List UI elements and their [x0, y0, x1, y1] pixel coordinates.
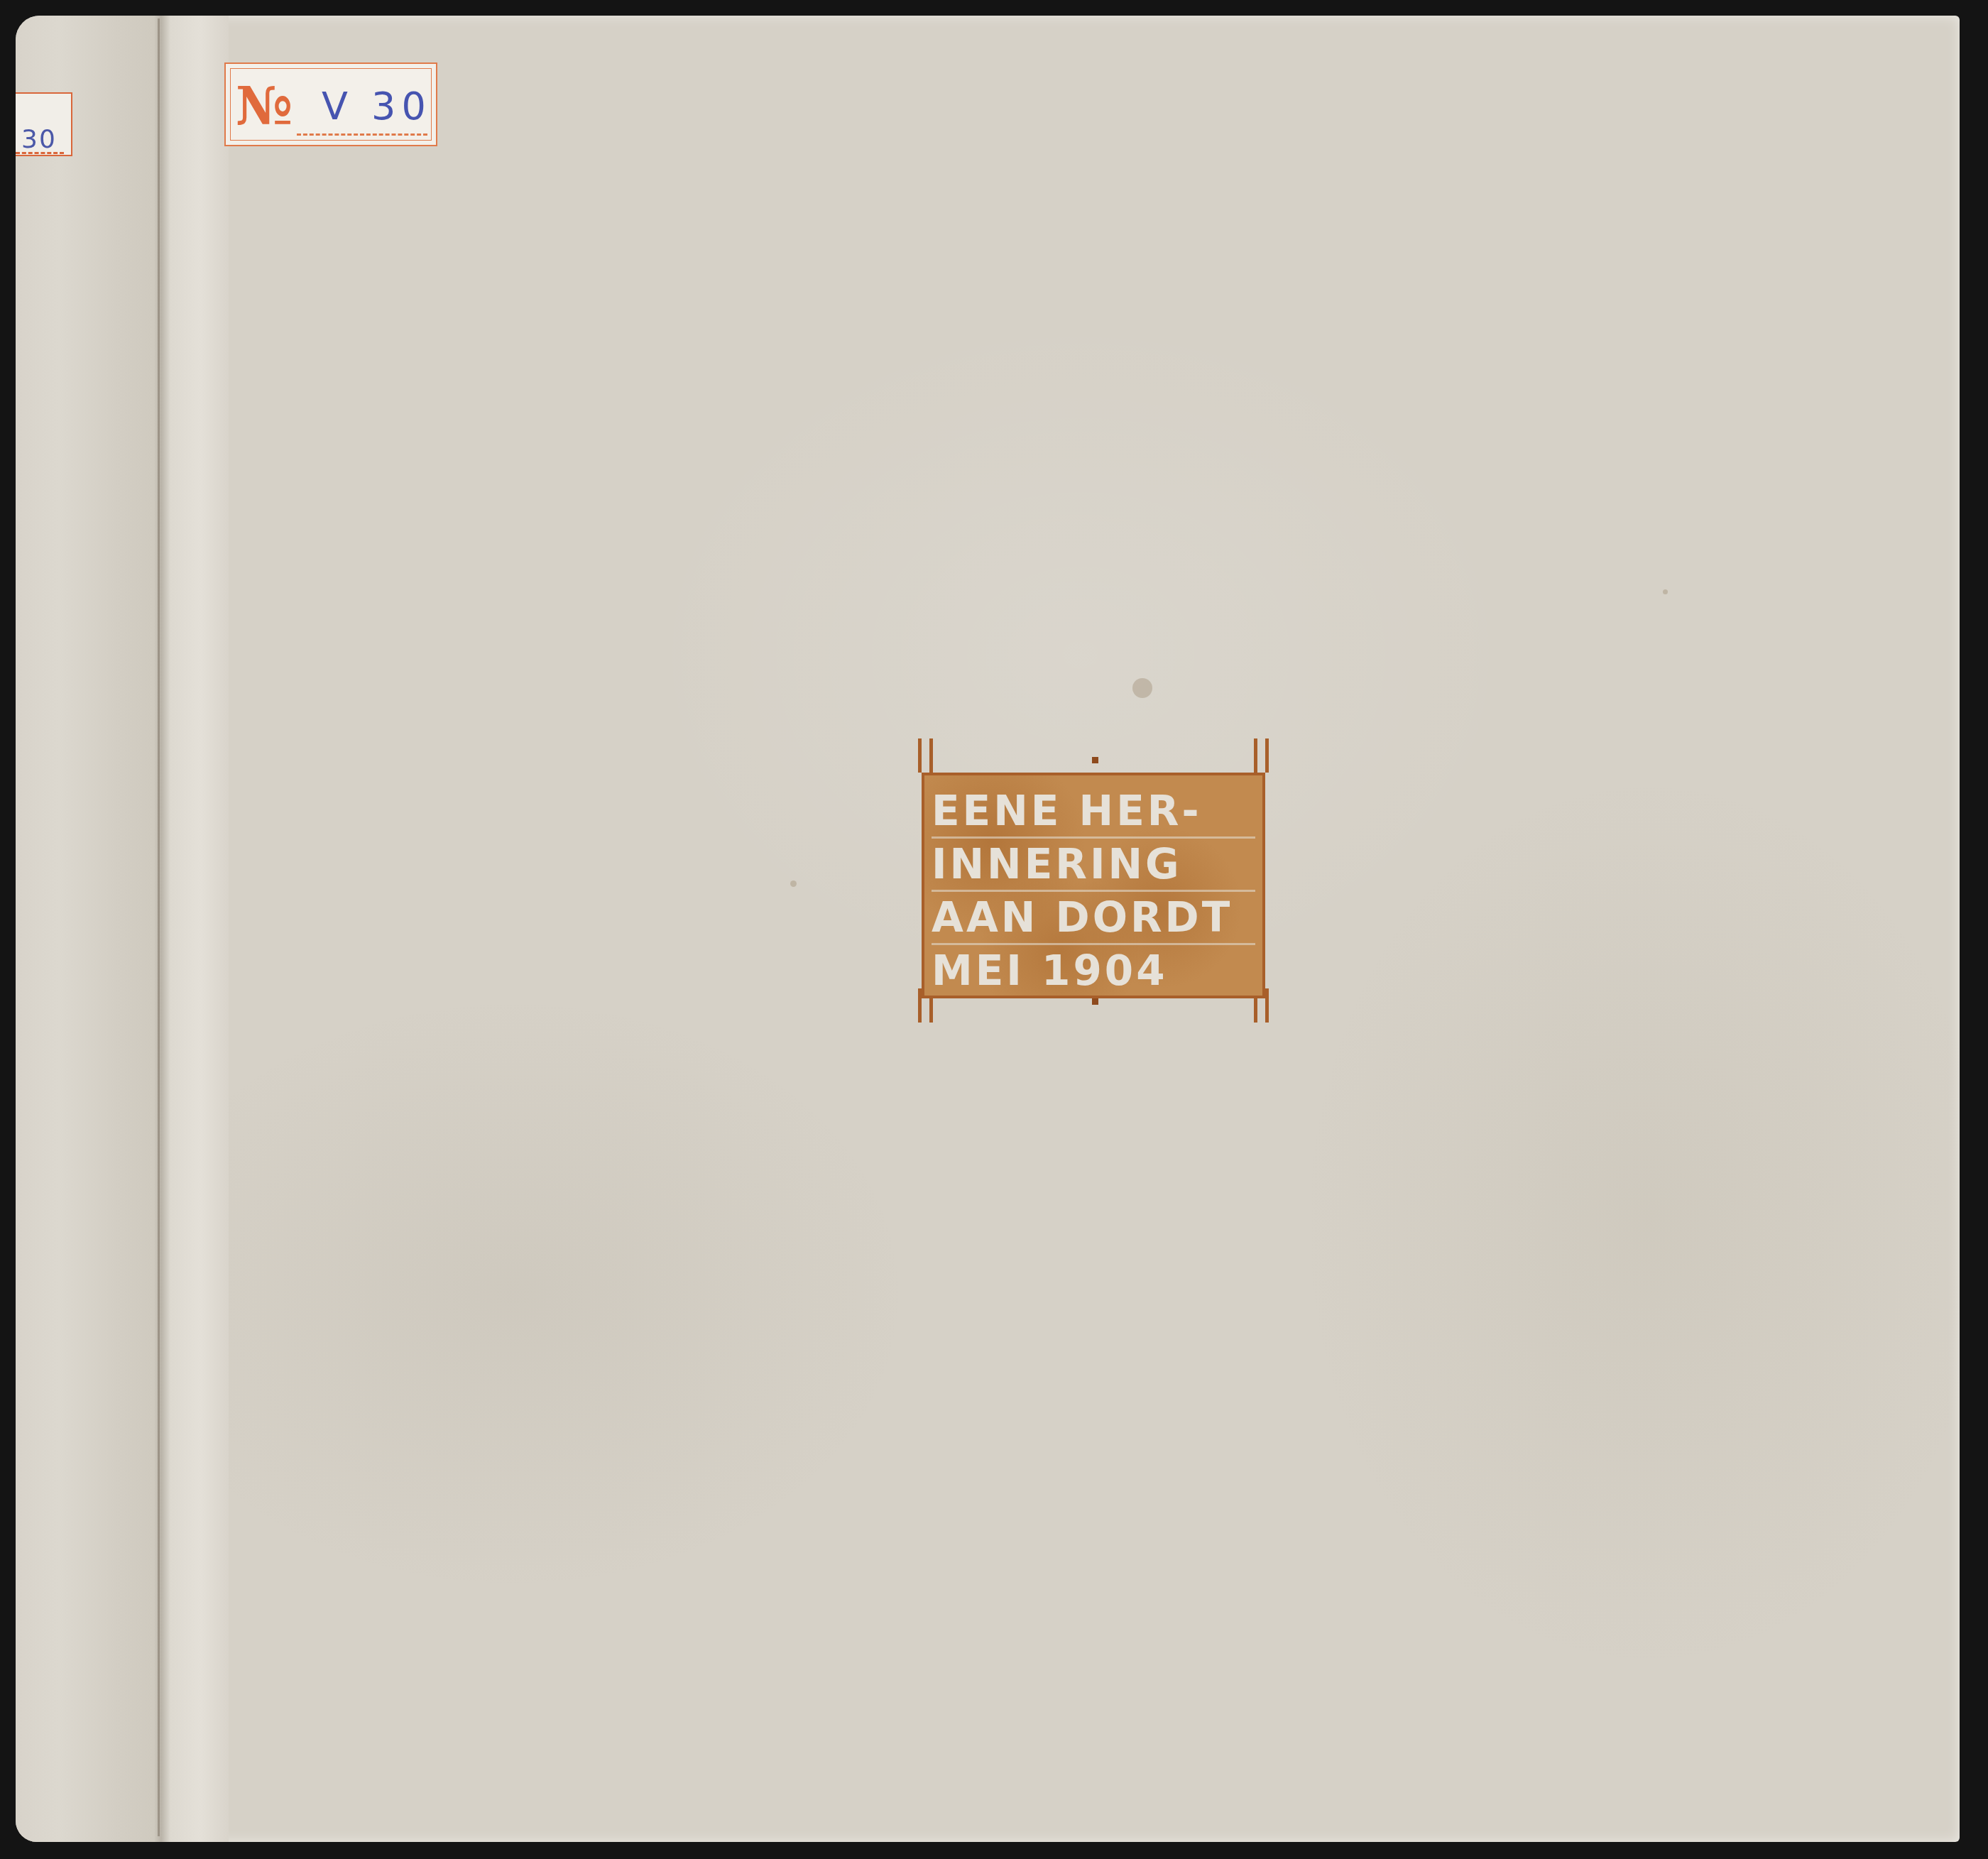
- title-line-2: INNERING: [932, 839, 1255, 892]
- spine-label-dotted-line: [16, 152, 64, 154]
- title-cartouche: EENE HER- INNERING AAN DORDT MEI 1904: [916, 738, 1271, 1008]
- ornament-tick: [918, 738, 922, 773]
- spine-hinge: [158, 18, 160, 1836]
- title-line-1: EENE HER-: [932, 785, 1255, 839]
- catalog-number: V 30: [322, 84, 432, 129]
- ornament-tick: [929, 738, 933, 773]
- ornament-tick: [1254, 738, 1257, 773]
- title-line-3: AAN DORDT: [932, 892, 1255, 945]
- title-frame: EENE HER- INNERING AAN DORDT MEI 1904: [922, 773, 1265, 998]
- spine-label: 30: [16, 92, 72, 156]
- ornament-dot: [1092, 757, 1098, 763]
- label-dotted-line: [297, 133, 427, 136]
- catalog-number-label: № V 30: [224, 62, 437, 146]
- ornament-tick: [1265, 738, 1269, 773]
- stain-spot: [790, 881, 797, 887]
- ornament-tick: [1265, 988, 1269, 1023]
- numero-sign: №: [236, 78, 293, 135]
- stain-spot: [1663, 589, 1668, 594]
- stain-spot: [1132, 678, 1152, 698]
- spine-label-number: 30: [21, 125, 57, 154]
- title-line-4: MEI 1904: [932, 945, 1255, 996]
- ornament-dot: [1092, 998, 1098, 1005]
- book-spine: [16, 16, 229, 1842]
